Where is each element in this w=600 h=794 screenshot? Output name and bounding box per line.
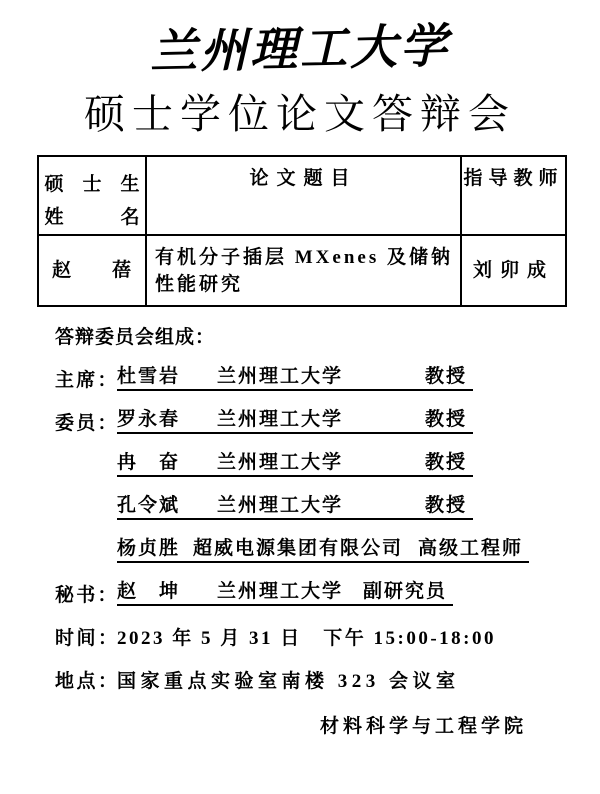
- cell-student-name: 赵 蓓: [38, 235, 146, 306]
- committee-section: 答辩委员会组成： 主席：杜雪岩兰州理工大学教授 委员：罗永春兰州理工大学教授 冉…: [55, 327, 600, 692]
- member-title: 教授: [425, 452, 473, 473]
- member-title: 高级工程师: [418, 538, 529, 559]
- cell-advisor: 刘卯成: [461, 235, 566, 306]
- member-affiliation: 兰州理工大学: [217, 409, 425, 430]
- member-name: 杨贞胜: [117, 538, 180, 559]
- defense-time-row: 时间：2023 年 5 月 31 日 下午 15:00-18:00: [55, 628, 600, 649]
- member-affiliation: 兰州理工大学: [217, 366, 425, 387]
- committee-member-secretary: 秘书：赵 坤兰州理工大学副研究员: [55, 581, 600, 606]
- member-affiliation: 兰州理工大学: [217, 581, 363, 602]
- member-name: 孔令斌: [117, 495, 217, 516]
- university-logo-calligraphy: 兰州理工大学: [0, 8, 600, 93]
- defense-info-table: 硕 士 生 姓 名 论文题目 指导教师 赵 蓓 有机分子插层 MXenes 及储…: [37, 155, 567, 307]
- member-entry-underlined: 孔令斌兰州理工大学教授: [117, 495, 473, 520]
- member-affiliation: 兰州理工大学: [217, 495, 425, 516]
- member-affiliation: 兰州理工大学: [217, 452, 425, 473]
- member-entry-underlined: 罗永春兰州理工大学教授: [117, 409, 473, 434]
- member-affiliation: 超威电源集团有限公司: [193, 538, 403, 559]
- member-role: 委员：: [55, 413, 117, 434]
- location-label: 地点：: [55, 671, 117, 692]
- committee-heading: 答辩委员会组成：: [55, 327, 600, 348]
- member-entry-underlined: 杨贞胜超威电源集团有限公司高级工程师: [117, 538, 529, 563]
- member-title: 副研究员: [363, 581, 453, 602]
- committee-member-2: 冉 奋兰州理工大学教授: [55, 452, 600, 477]
- member-entry-underlined: 杜雪岩兰州理工大学教授: [117, 366, 473, 391]
- location-value: 国家重点实验室南楼 323 会议室: [117, 671, 460, 692]
- member-title: 教授: [425, 495, 473, 516]
- committee-member-3: 孔令斌兰州理工大学教授: [55, 495, 600, 520]
- header-cell-student-name: 硕 士 生 姓 名: [38, 156, 146, 235]
- department-signature: 材料科学与工程学院: [0, 716, 600, 738]
- header-cell-thesis-title: 论文题目: [146, 156, 461, 235]
- member-name: 赵 坤: [117, 581, 217, 602]
- time-value: 2023 年 5 月 31 日 下午 15:00-18:00: [117, 628, 496, 649]
- table-header-row: 硕 士 生 姓 名 论文题目 指导教师: [38, 156, 566, 235]
- member-name: 冉 奋: [117, 452, 217, 473]
- committee-member-1: 委员：罗永春兰州理工大学教授: [55, 409, 600, 434]
- member-name: 罗永春: [117, 409, 217, 430]
- cell-thesis-title: 有机分子插层 MXenes 及储钠性能研究: [146, 235, 461, 306]
- time-label: 时间：: [55, 628, 117, 649]
- student-name-header-line2: 姓 名: [39, 201, 145, 234]
- member-title: 教授: [425, 366, 473, 387]
- table-data-row: 赵 蓓 有机分子插层 MXenes 及储钠性能研究 刘卯成: [38, 235, 566, 306]
- member-name: 杜雪岩: [117, 366, 217, 387]
- member-role: 主席：: [55, 370, 117, 391]
- defense-announcement-page: 兰州理工大学 硕士学位论文答辩会 硕 士 生 姓 名 论文题目 指导教师 赵 蓓…: [0, 0, 600, 794]
- page-title: 硕士学位论文答辩会: [0, 90, 600, 138]
- committee-member-4: 杨贞胜超威电源集团有限公司高级工程师: [55, 538, 600, 563]
- member-entry-underlined: 赵 坤兰州理工大学副研究员: [117, 581, 453, 606]
- member-role: 秘书：: [55, 585, 117, 606]
- defense-location-row: 地点：国家重点实验室南楼 323 会议室: [55, 671, 600, 692]
- student-name-header-line1: 硕 士 生: [39, 168, 145, 201]
- header-cell-advisor: 指导教师: [461, 156, 566, 235]
- committee-member-chair: 主席：杜雪岩兰州理工大学教授: [55, 366, 600, 391]
- member-entry-underlined: 冉 奋兰州理工大学教授: [117, 452, 473, 477]
- member-title: 教授: [425, 409, 473, 430]
